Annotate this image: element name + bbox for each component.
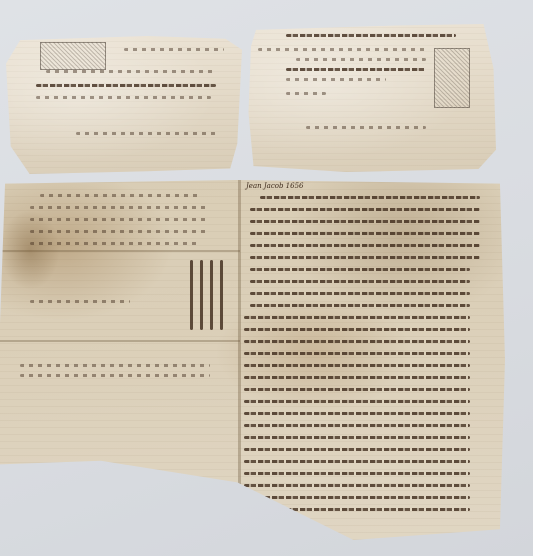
margin-note-line xyxy=(220,260,223,330)
ink-line xyxy=(124,48,224,51)
ink-line xyxy=(250,280,470,283)
ink-line xyxy=(286,34,456,37)
ink-line xyxy=(30,230,210,233)
ink-line xyxy=(20,374,210,377)
ink-line xyxy=(250,220,480,223)
ink-line xyxy=(286,78,386,81)
ink-line xyxy=(296,58,426,61)
ink-line xyxy=(250,268,470,271)
ink-line xyxy=(30,206,210,209)
ink-line xyxy=(36,96,211,99)
ink-line xyxy=(244,484,470,487)
ink-line xyxy=(244,316,470,319)
header-note: Jean Jacob 1656 xyxy=(246,182,304,190)
margin-note-line xyxy=(190,260,193,330)
center-fold xyxy=(238,180,241,540)
ink-line xyxy=(244,340,470,343)
ink-line xyxy=(286,68,426,71)
ink-line xyxy=(244,436,470,439)
ink-line xyxy=(250,304,470,307)
ink-line xyxy=(244,412,470,415)
ink-line xyxy=(244,352,470,355)
ink-line xyxy=(244,328,470,331)
horizontal-fold xyxy=(0,340,240,342)
document-small-left xyxy=(6,36,242,174)
ink-line xyxy=(30,300,130,303)
ink-line xyxy=(244,388,470,391)
ink-line xyxy=(244,508,470,511)
ink-line xyxy=(30,242,200,245)
stamp-icon xyxy=(434,48,470,108)
ink-line xyxy=(258,48,428,51)
ink-line xyxy=(244,496,470,499)
ink-line xyxy=(46,70,216,73)
ink-line xyxy=(260,196,480,199)
ink-line xyxy=(20,364,210,367)
ink-line xyxy=(40,194,200,197)
document-small-right xyxy=(246,24,496,172)
ink-line xyxy=(76,132,216,135)
ink-line xyxy=(306,126,426,129)
ink-line xyxy=(250,292,470,295)
ink-line xyxy=(250,256,480,259)
ink-line xyxy=(30,218,210,221)
margin-note-line xyxy=(200,260,203,330)
margin-note-line xyxy=(210,260,213,330)
ink-line xyxy=(244,460,470,463)
ink-line xyxy=(244,376,470,379)
ink-line xyxy=(36,84,216,87)
document-large: Jean Jacob 1656 xyxy=(0,180,505,540)
ink-line xyxy=(244,424,470,427)
ink-line xyxy=(244,400,470,403)
ink-line xyxy=(250,244,480,247)
ink-line xyxy=(250,232,480,235)
stamp-icon xyxy=(40,42,106,70)
water-stain xyxy=(0,210,60,290)
ink-line xyxy=(244,364,470,367)
ink-line xyxy=(244,472,470,475)
photo-scene: Jean Jacob 1656 xyxy=(0,0,533,556)
ink-line xyxy=(250,208,480,211)
ink-line xyxy=(244,448,470,451)
ink-line xyxy=(286,92,326,95)
